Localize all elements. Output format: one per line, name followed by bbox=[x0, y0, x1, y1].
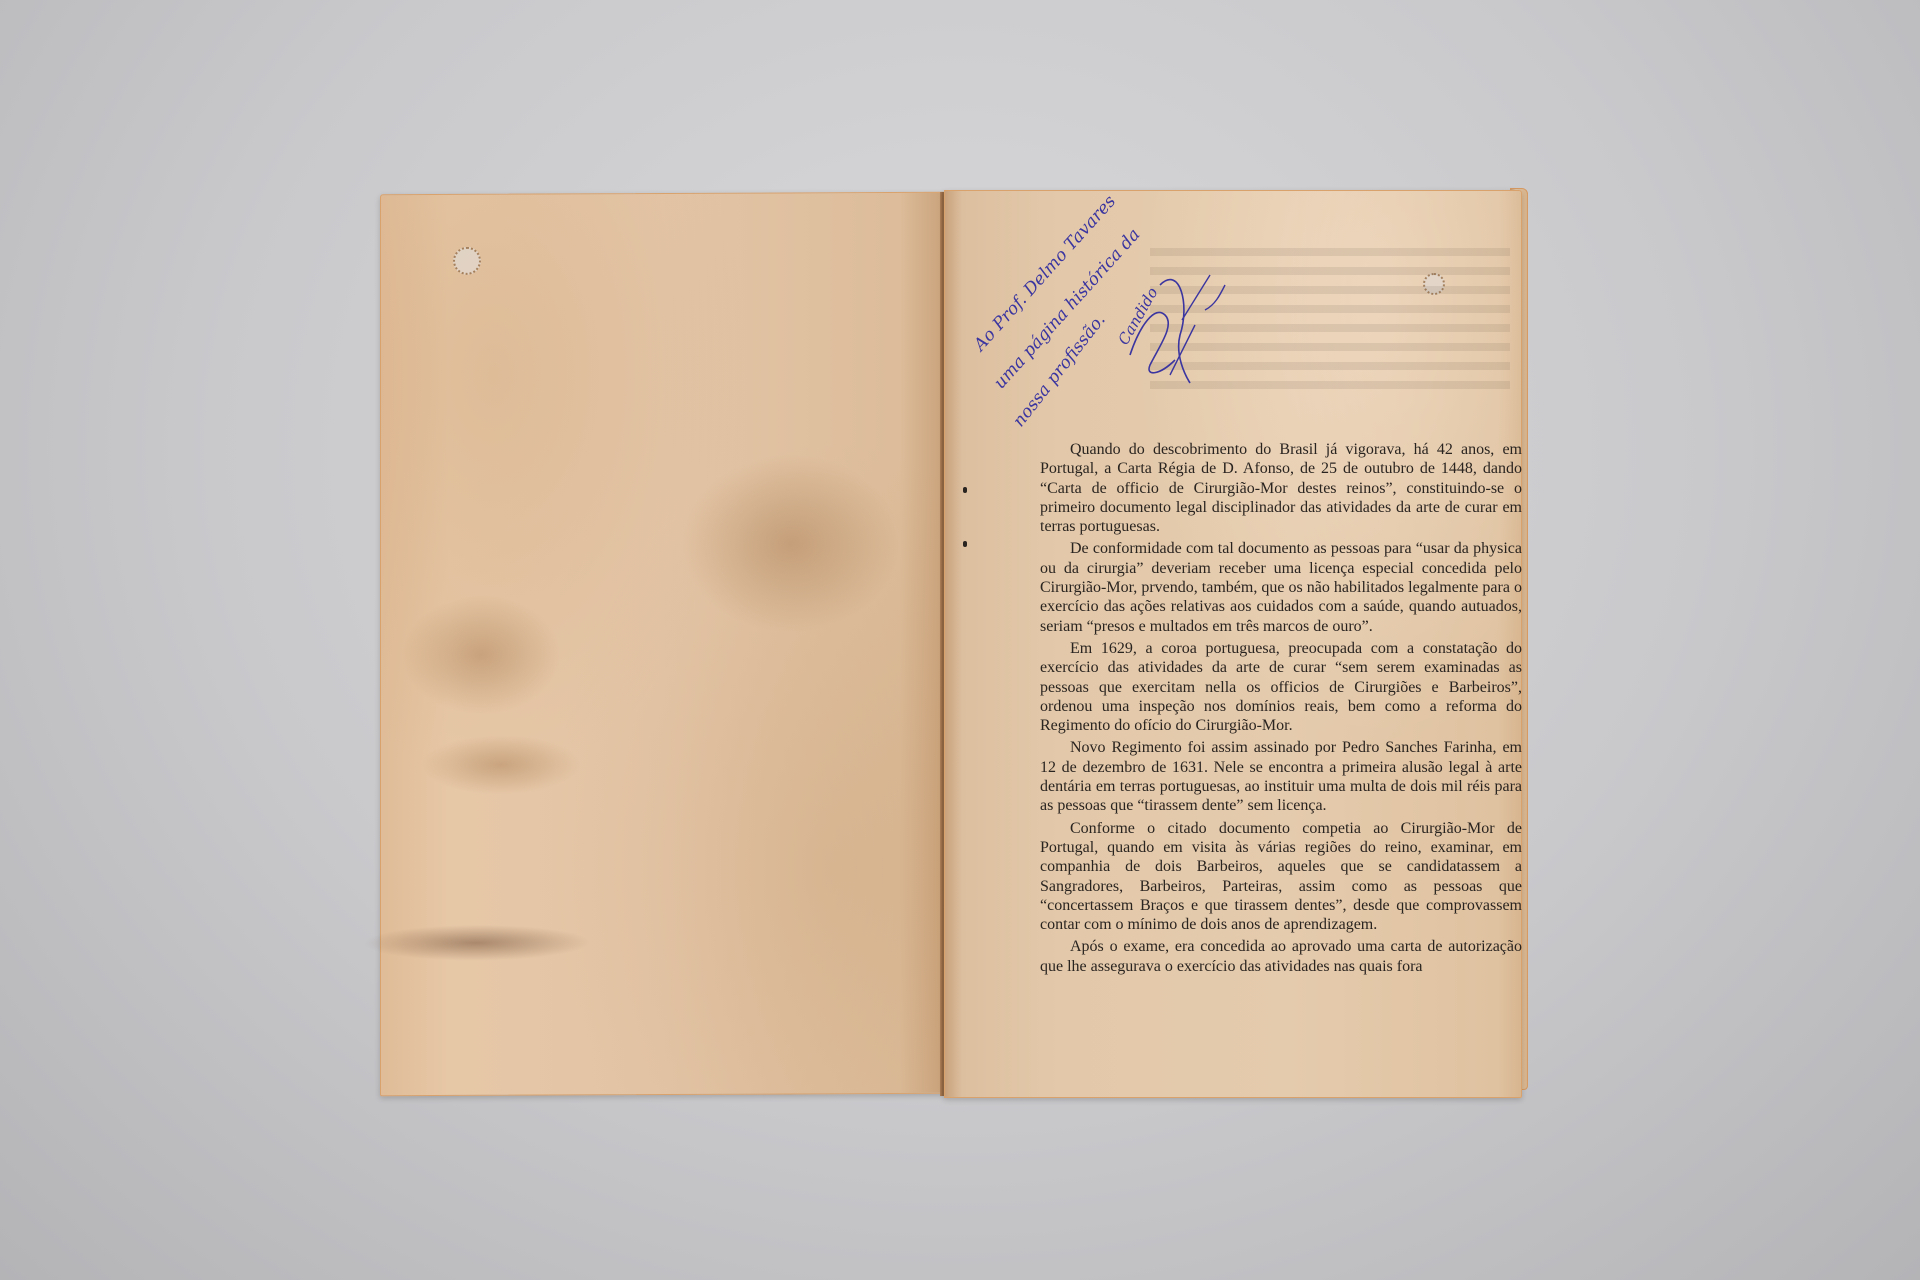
paragraph: Após o exame, era concedida ao aprovado … bbox=[1040, 937, 1522, 976]
paragraph: De conformidade com tal documento as pes… bbox=[1040, 539, 1522, 635]
paragraph: Novo Regimento foi assim assinado por Pe… bbox=[1040, 738, 1522, 815]
staple-mark bbox=[963, 541, 967, 547]
body-text: Quando do descobrimento do Brasil já vig… bbox=[1040, 440, 1522, 979]
paragraph: Em 1629, a coroa portuguesa, preocupada … bbox=[1040, 639, 1522, 735]
paragraph: Quando do descobrimento do Brasil já vig… bbox=[1040, 440, 1522, 536]
staple-mark bbox=[963, 487, 967, 493]
open-booklet: Ao Prof. Delmo Tavares uma página histór… bbox=[0, 0, 1920, 1280]
foxing-stain bbox=[401, 594, 561, 715]
foxing-stain bbox=[681, 453, 901, 634]
left-page bbox=[380, 192, 946, 1096]
paragraph: Conforme o citado documento competia ao … bbox=[1040, 819, 1522, 935]
foxing-stain bbox=[421, 734, 581, 795]
paper-hole bbox=[453, 247, 481, 275]
dark-stain bbox=[361, 924, 591, 961]
